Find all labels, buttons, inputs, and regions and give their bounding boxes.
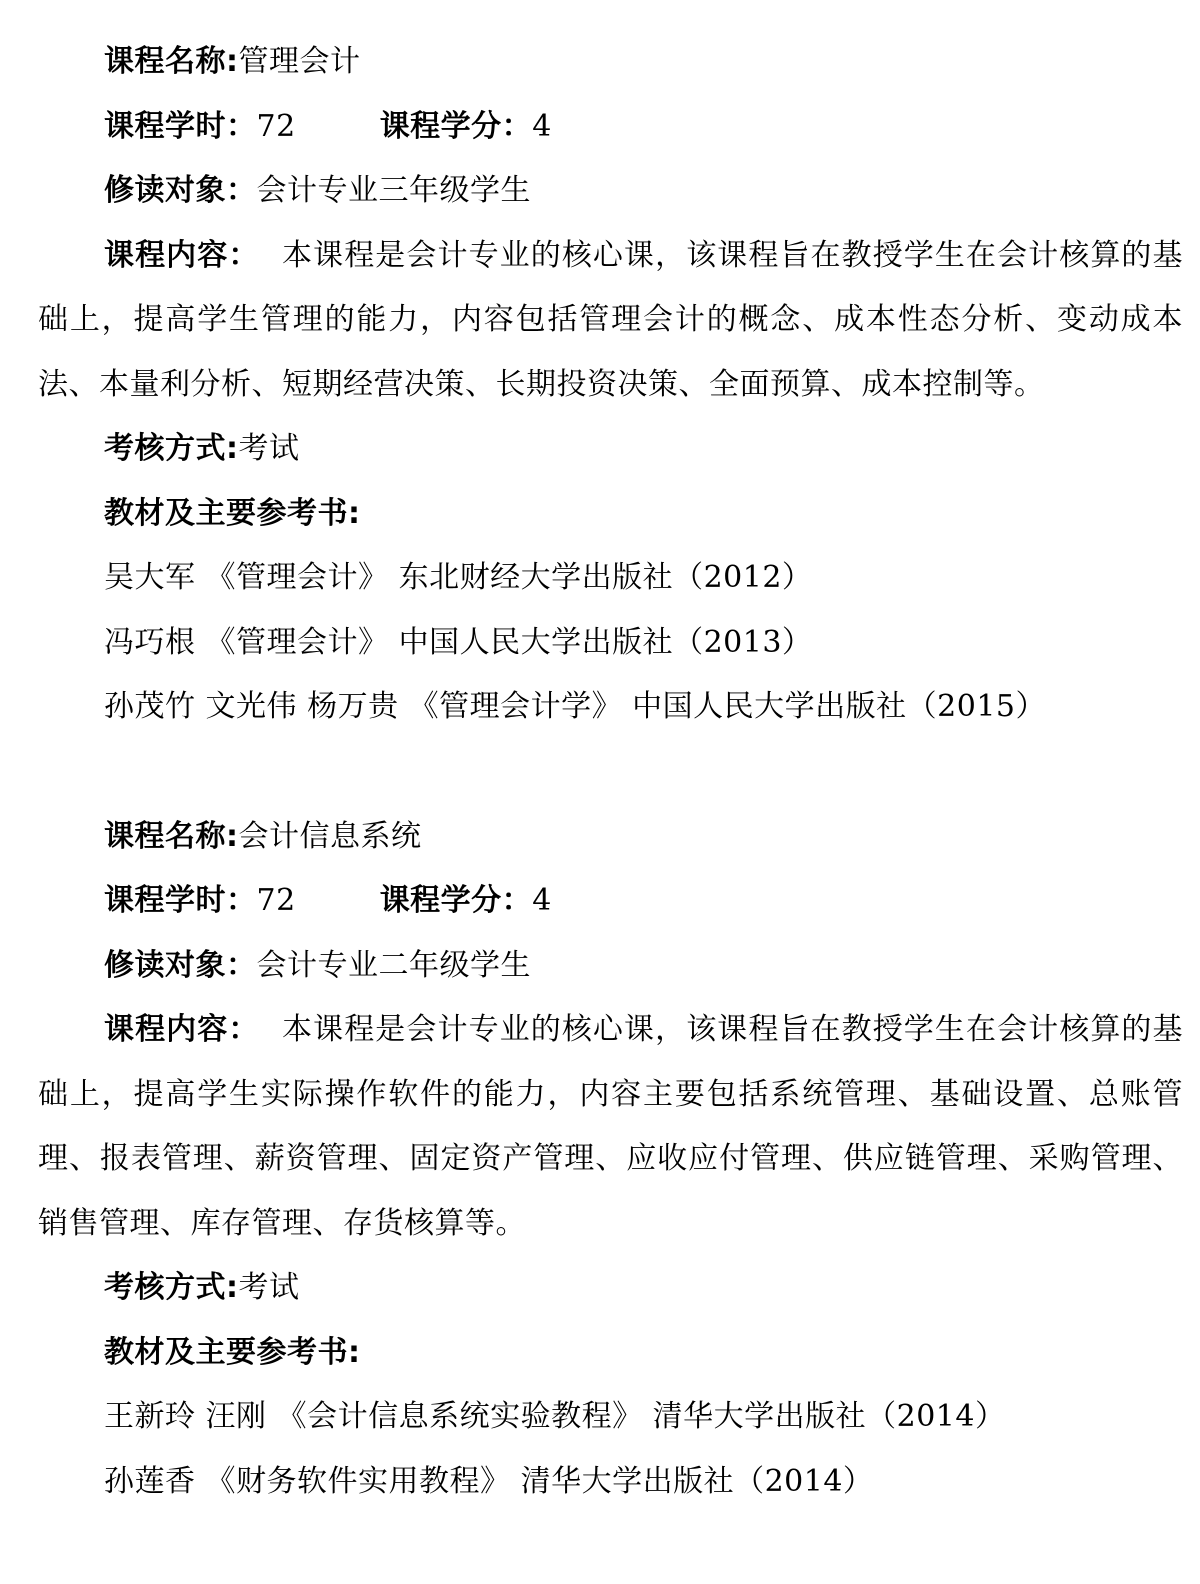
course-name-label: 课程名称: (104, 44, 239, 79)
course-references-heading: 教材及主要参考书: (38, 482, 1183, 547)
course-section-accounting-information-systems: 课程名称:会计信息系统 课程学时：72课程学分：4 修读对象：会计专业二年级学生… (38, 805, 1183, 1515)
course-references-heading: 教材及主要参考书: (38, 1321, 1183, 1386)
course-content-paragraph: 课程内容：本课程是会计专业的核心课，该课程旨在教授学生在会计核算的基础上，提高学… (38, 224, 1183, 418)
course-assessment-label: 考核方式: (104, 1270, 239, 1305)
course-audience-label: 修读对象： (104, 173, 257, 208)
course-hours-label: 课程学时： (104, 109, 257, 144)
course-assessment-value: 考试 (239, 431, 300, 466)
reference-item: 孙莲香 《财务软件实用教程》 清华大学出版社（2014） (38, 1450, 1183, 1515)
course-name-label: 课程名称: (104, 819, 239, 854)
course-name-row: 课程名称:会计信息系统 (38, 805, 1183, 870)
course-hours-credits-row: 课程学时：72课程学分：4 (38, 869, 1183, 934)
course-audience-row: 修读对象：会计专业三年级学生 (38, 159, 1183, 224)
course-audience-value: 会计专业三年级学生 (257, 173, 532, 208)
course-audience-label: 修读对象： (104, 948, 257, 983)
section-spacer (38, 740, 1183, 805)
course-assessment-value: 考试 (239, 1270, 300, 1305)
reference-item: 冯巧根 《管理会计》 中国人民大学出版社（2013） (38, 611, 1183, 676)
course-hours-credits-row: 课程学时：72课程学分：4 (38, 95, 1183, 160)
reference-item: 吴大军 《管理会计》 东北财经大学出版社（2012） (38, 546, 1183, 611)
course-assessment-row: 考核方式:考试 (38, 1256, 1183, 1321)
course-credits-label: 课程学分： (380, 883, 533, 918)
course-name-value: 管理会计 (239, 44, 361, 79)
course-content-paragraph: 课程内容：本课程是会计专业的核心课，该课程旨在教授学生在会计核算的基础上，提高学… (38, 998, 1183, 1256)
course-hours-value: 72 (257, 109, 296, 144)
course-audience-row: 修读对象：会计专业二年级学生 (38, 934, 1183, 999)
course-content-label: 课程内容： (104, 1012, 259, 1047)
course-content-label: 课程内容： (104, 238, 259, 273)
course-credits-label: 课程学分： (380, 109, 533, 144)
document-page: 课程名称:管理会计 课程学时：72课程学分：4 修读对象：会计专业三年级学生 课… (38, 30, 1183, 1514)
course-assessment-row: 考核方式:考试 (38, 417, 1183, 482)
reference-item: 孙茂竹 文光伟 杨万贵 《管理会计学》 中国人民大学出版社（2015） (38, 675, 1183, 740)
course-references-label: 教材及主要参考书: (104, 1335, 361, 1370)
course-credits-value: 4 (532, 109, 552, 144)
course-credits-value: 4 (532, 883, 552, 918)
course-assessment-label: 考核方式: (104, 431, 239, 466)
course-audience-value: 会计专业二年级学生 (257, 948, 532, 983)
reference-item: 王新玲 汪刚 《会计信息系统实验教程》 清华大学出版社（2014） (38, 1385, 1183, 1450)
course-references-label: 教材及主要参考书: (104, 496, 361, 531)
course-name-row: 课程名称:管理会计 (38, 30, 1183, 95)
course-hours-value: 72 (257, 883, 296, 918)
course-name-value: 会计信息系统 (239, 819, 422, 854)
course-hours-label: 课程学时： (104, 883, 257, 918)
course-section-management-accounting: 课程名称:管理会计 课程学时：72课程学分：4 修读对象：会计专业三年级学生 课… (38, 30, 1183, 740)
